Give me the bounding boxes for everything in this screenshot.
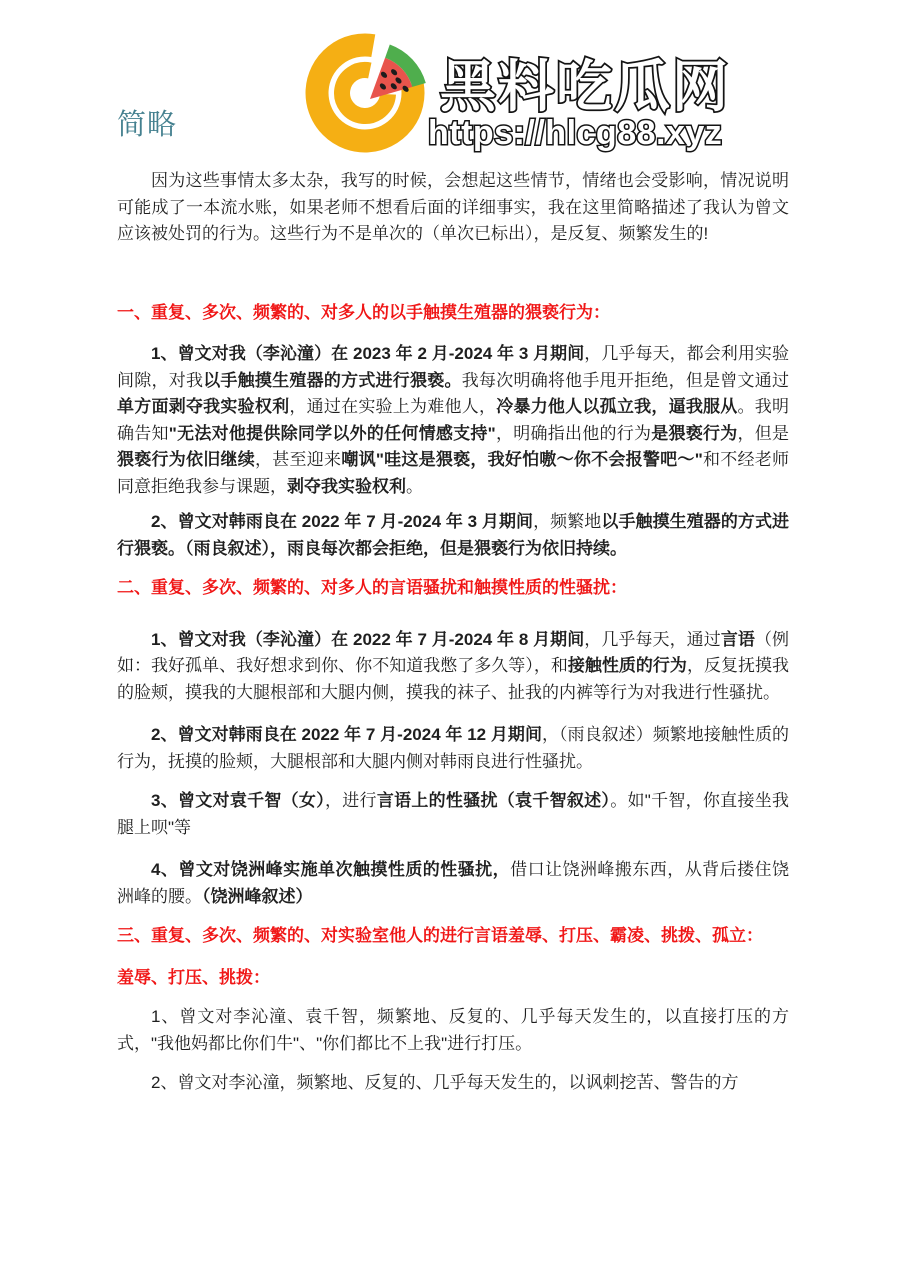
document-content: 简略 因为这些事情太多太杂，我写的时候，会想起这些情节，情绪也会受影响，情况说明… [117,0,789,1097]
text-run: 我每次明确将他手甩开拒绝，但是曾文通过 [462,371,789,390]
text-run: 是猥亵行为 [651,424,737,443]
text-run: 猥亵行为依旧继续 [117,450,255,469]
text-run: 言语上的性骚扰（袁千智叙述） [377,791,610,810]
text-run: 剥夺我实验权利 [287,477,406,496]
text-run: 4、曾文对饶洲峰实施单次触摸性质的性骚扰， [151,860,510,879]
page-title: 简略 [117,0,789,144]
text-run: 单方面剥夺我实验权利 [117,397,289,416]
paragraph: 1、曾文对我（李沁潼）在 2023 年 2 月-2024 年 3 月期间，几乎每… [117,341,789,500]
document-page: 黑料吃瓜网 https://hlcg88.xyz 简略 因为这些事情太多太杂，我… [0,0,904,1280]
text-run: "无法对他提供除同学以外的任何情感支持" [169,424,496,443]
text-run: 以手触摸生殖器的方式进行猥亵。 [203,371,462,390]
text-run: 2、曾文对韩雨良在 2022 年 7 月-2024 年 3 月期间 [151,512,533,531]
sub-heading: 羞辱、打压、挑拨： [117,965,789,992]
text-run: 接触性质的行为 [568,656,687,675]
paragraph: 4、曾文对饶洲峰实施单次触摸性质的性骚扰，借口让饶洲峰搬东西，从背后搂住饶洲峰的… [117,857,789,910]
text-run: 二、重复、多次、频繁的、对多人的言语骚扰和触摸性质的性骚扰： [117,578,627,597]
text-run: （饶洲峰叙述） [202,887,313,906]
text-run: 3、曾文对袁千智（女） [151,791,325,810]
text-run: 1、曾文对我（李沁潼）在 2022 年 7 月-2024 年 8 月期间 [151,630,584,649]
text-run: 冷暴力他人以孤立我，逼我服从 [496,397,737,416]
text-run: 2、曾文对韩雨良在 2022 年 7 月-2024 年 12 月期间 [151,725,542,744]
text-run: 言语 [721,630,755,649]
text-run: 嘲讽"哇这是猥亵，我好怕嗷～你不会报警吧～" [341,450,702,469]
text-run: 1、曾文对李沁潼、袁千智，频繁地、反复的、几乎每天发生的，以直接打压的方式，"我… [117,1007,789,1053]
paragraph: 3、曾文对袁千智（女），进行言语上的性骚扰（袁千智叙述）。如"千智，你直接坐我腿… [117,788,789,841]
text-run: ，但是 [738,424,790,443]
section-heading: 三、重复、多次、频繁的、对实验室他人的进行言语羞辱、打压、霸凌、挑拨、孤立： [117,923,789,950]
text-run: 2、曾文对李沁潼，频繁地、反复的、几乎每天发生的，以讽刺挖苦、警告的方 [151,1073,738,1092]
text-run: 一、重复、多次、频繁的、对多人的以手触摸生殖器的猥亵行为： [117,303,610,322]
paragraph: 2、曾文对韩雨良在 2022 年 7 月-2024 年 3 月期间，频繁地以手触… [117,509,789,562]
section-heading: 一、重复、多次、频繁的、对多人的以手触摸生殖器的猥亵行为： [117,300,789,327]
text-run: ，明确指出他的行为 [496,424,652,443]
paragraph: 2、曾文对李沁潼，频繁地、反复的、几乎每天发生的，以讽刺挖苦、警告的方 [117,1070,789,1097]
paragraph: 1、曾文对李沁潼、袁千智，频繁地、反复的、几乎每天发生的，以直接打压的方式，"我… [117,1004,789,1057]
document-body: 因为这些事情太多太杂，我写的时候，会想起这些情节，情绪也会受影响，情况说明可能成… [117,168,789,1097]
text-run: ，进行 [325,791,377,810]
text-run: ，甚至迎来 [255,450,341,469]
section-heading: 二、重复、多次、频繁的、对多人的言语骚扰和触摸性质的性骚扰： [117,575,789,602]
text-run: 三、重复、多次、频繁的、对实验室他人的进行言语羞辱、打压、霸凌、挑拨、孤立： [117,926,763,945]
text-run: 。 [406,477,423,496]
paragraph: 1、曾文对我（李沁潼）在 2022 年 7 月-2024 年 8 月期间，几乎每… [117,627,789,707]
paragraph: 2、曾文对韩雨良在 2022 年 7 月-2024 年 12 月期间，（雨良叙述… [117,722,789,775]
text-run: ，几乎每天，通过 [584,630,721,649]
text-run: ，通过在实验上为难他人， [289,397,496,416]
intro-paragraph: 因为这些事情太多太杂，我写的时候，会想起这些情节，情绪也会受影响，情况说明可能成… [117,168,789,248]
text-run: ，频繁地 [533,512,601,531]
text-run: 羞辱、打压、挑拨： [117,968,270,987]
text-run: 1、曾文对我（李沁潼）在 2023 年 2 月-2024 年 3 月期间 [151,344,584,363]
text-run: 因为这些事情太多太杂，我写的时候，会想起这些情节，情绪也会受影响，情况说明可能成… [117,171,789,243]
